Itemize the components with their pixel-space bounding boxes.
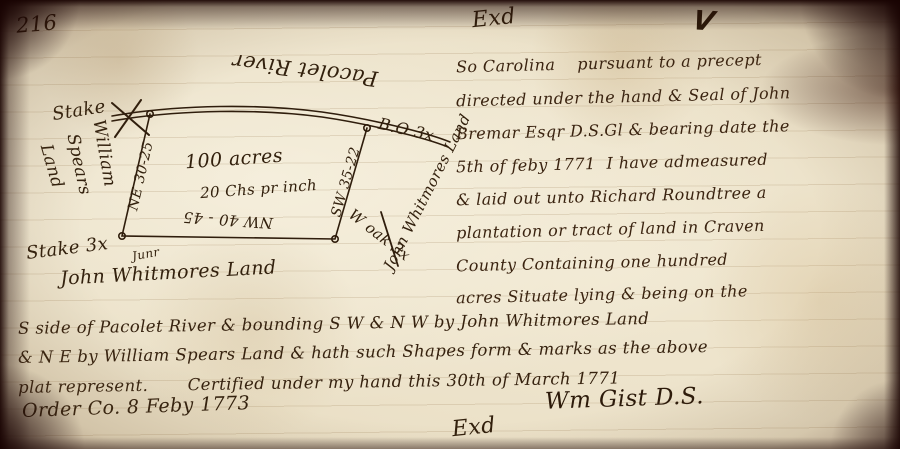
- plat-book-page: 216 Pacolet River Stake Stake 3x B.O 3x …: [0, 0, 900, 449]
- examined-mark-bottom: Exd: [451, 413, 497, 442]
- page-number: 216: [15, 10, 58, 38]
- surveyor-signature: Wm Gist D.S.: [545, 383, 705, 415]
- examined-mark-top: Exd: [471, 4, 517, 33]
